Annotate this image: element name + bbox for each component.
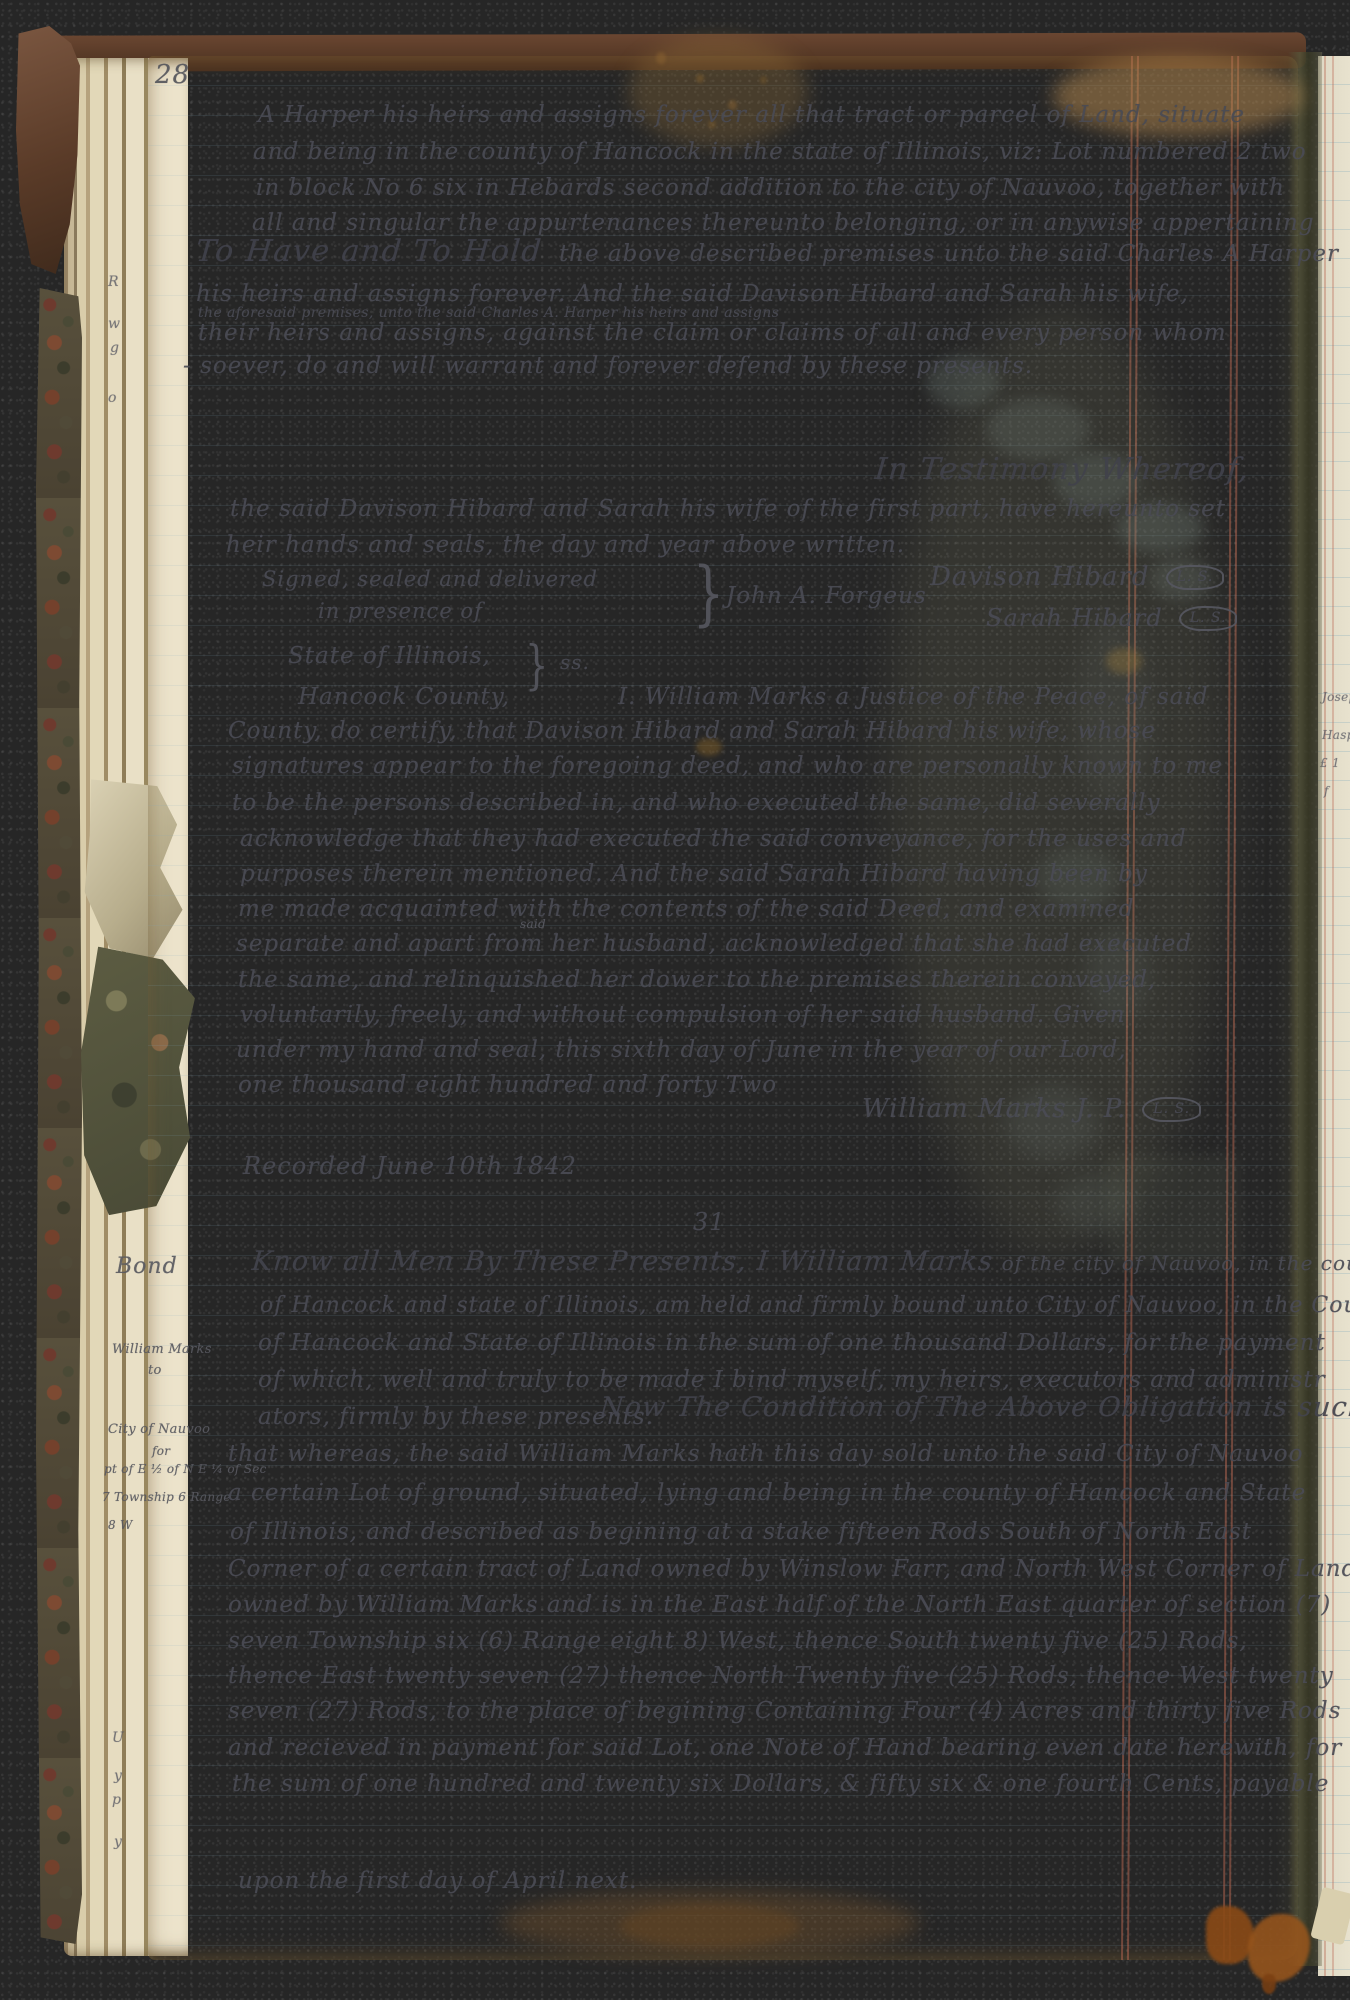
deed-line: heir hands and seals, the day and year a… xyxy=(226,532,905,558)
bond-condition-heading: Now The Condition of The Above Obligatio… xyxy=(599,1392,1350,1423)
certificate-line: me made acquainted with the contents of … xyxy=(238,896,1134,922)
seal-ls: L. S. xyxy=(1179,606,1238,631)
bond-opening-rest: of the city of Nauvoo, in the county xyxy=(1002,1251,1350,1275)
certificate-line: separate and apart from her husband, ack… xyxy=(236,931,1192,957)
margin-note: 7 Township 6 Range xyxy=(102,1490,231,1504)
certificate-line: the same, and relinquished her dower to … xyxy=(238,967,1156,993)
deed-line: in block No 6 six in Hebards second addi… xyxy=(256,175,1285,201)
gutter-fragment: w xyxy=(108,316,120,332)
bond-line: of Illinois, and described as begining a… xyxy=(230,1519,1252,1545)
attestation-brace: } xyxy=(693,552,725,634)
gutter-fragment: U xyxy=(112,1730,124,1746)
bond-line: thence East twenty seven (27) thence Nor… xyxy=(228,1663,1334,1689)
deed-line: all and singular the appurtenances there… xyxy=(252,210,1315,236)
testimony-heading: In Testimony Whereof, xyxy=(873,452,1251,487)
grantor-signature: Davison HibardL. S. xyxy=(930,562,1224,592)
deed-line: and being in the county of Hancock in th… xyxy=(253,139,1307,165)
interlined-correction: the aforesaid premises, unto the said Ch… xyxy=(198,305,779,321)
deed-line: - soever, do and will warrant and foreve… xyxy=(183,353,1033,379)
margin-note: City of Nauvoo xyxy=(108,1422,210,1437)
signature-name: Davison Hibard xyxy=(930,562,1150,592)
certificate-line: to be the persons described in, and who … xyxy=(232,790,1161,816)
margin-note: 8 W xyxy=(108,1518,133,1532)
venue-brace: } xyxy=(525,636,549,696)
certificate-line: I. William Marks a Justice of the Peace,… xyxy=(618,684,1209,710)
venue-county: Hancock County, xyxy=(298,684,510,710)
seal-ls: L. S. xyxy=(1142,1097,1201,1122)
bond-line: of Hancock and state of Illinois, am hel… xyxy=(260,1293,1350,1318)
certificate-line: acknowledge that they had executed the s… xyxy=(240,826,1187,852)
venue-state: State of Illinois, xyxy=(288,643,491,669)
witness-signature: John A. Forgeus xyxy=(726,583,927,609)
habendum-heading: To Have and To Hold xyxy=(194,234,543,269)
margin-note: William Marks xyxy=(112,1342,212,1357)
justice-signature: William Marks J. P.L. S. xyxy=(862,1094,1201,1124)
rust-stain xyxy=(1206,1906,1254,1964)
handwriting-layer: 28 R w g o U y p y A Harper his heirs an… xyxy=(0,0,1350,2000)
bond-line: a certain Lot of ground, situated, lying… xyxy=(228,1480,1306,1506)
entry-separator-number: 31 xyxy=(693,1208,726,1236)
deed-line: his heirs and assigns forever. And the s… xyxy=(196,281,1189,307)
bond-line: ators, firmly by these presents. xyxy=(258,1404,654,1430)
seal-ls: L. S. xyxy=(1166,565,1225,590)
deed-line: A Harper his heirs and assigns forever a… xyxy=(258,102,1245,128)
certificate-line: signatures appear to the foregoing deed,… xyxy=(232,753,1223,779)
grantor-signature: Sarah HibardL. S. xyxy=(986,604,1237,632)
gutter-fragment: o xyxy=(108,390,117,406)
book-scan: Josep Hasp £ 1 f xyxy=(0,0,1350,2000)
certificate-line: under my hand and seal, this sixth day o… xyxy=(236,1037,1127,1063)
bond-line: seven (27) Rods, to the place of beginin… xyxy=(228,1698,1341,1724)
bond-line: owned by William Marks and is in the Eas… xyxy=(228,1592,1331,1618)
gutter-fragment: g xyxy=(110,340,119,356)
bond-line: of Hancock and State of Illinois in the … xyxy=(258,1330,1326,1356)
certificate-line: County, do certify, that Davison Hibard … xyxy=(228,718,1156,744)
margin-label-bond: Bond xyxy=(116,1254,178,1279)
gutter-fragment: y xyxy=(114,1768,122,1784)
bond-line: that whereas, the said William Marks hat… xyxy=(228,1441,1303,1467)
page-number: 28 xyxy=(155,60,190,90)
rust-stain-drip xyxy=(1262,1974,1276,1994)
bond-line: seven Township six (6) Range eight 8) We… xyxy=(228,1628,1248,1654)
bond-opening-heading: Know all Men By These Presents, I Willia… xyxy=(251,1246,995,1277)
habendum-line: To Have and To Hold the above described … xyxy=(196,234,1339,269)
attestation-line: in presence of xyxy=(318,599,483,623)
attestation-line: Signed, sealed and delivered xyxy=(262,567,598,591)
gutter-fragment: R xyxy=(108,274,119,290)
signature-name: Sarah Hibard xyxy=(986,604,1163,632)
certificate-line: purposes therein mentioned. And the said… xyxy=(240,861,1148,887)
certificate-line: one thousand eight hundred and forty Two xyxy=(238,1072,777,1098)
venue-ss: ss. xyxy=(560,650,590,674)
gutter-fragment: y xyxy=(114,1834,122,1850)
deed-line: their heirs and assigns, against the cla… xyxy=(198,320,1227,346)
habendum-rest: the above described premises unto the sa… xyxy=(559,241,1339,267)
margin-note: for xyxy=(152,1444,170,1458)
bond-closing-line: upon the first day of April next. xyxy=(238,1868,637,1894)
bond-line: of which, well and truly to be made I bi… xyxy=(258,1367,1326,1393)
certificate-line: voluntarily, freely, and without compuls… xyxy=(240,1002,1126,1028)
bond-opening-line: Know all Men By These Presents, I Willia… xyxy=(252,1246,1350,1277)
gutter-fragment: p xyxy=(112,1792,121,1808)
bond-line: Corner of a certain tract of Land owned … xyxy=(228,1556,1350,1582)
bond-line: and recieved in payment for said Lot, on… xyxy=(228,1735,1342,1761)
margin-note: to xyxy=(148,1363,162,1378)
signature-name: William Marks J. P. xyxy=(862,1094,1126,1124)
recorded-note: Recorded June 10th 1842 xyxy=(243,1152,577,1180)
bond-line: the sum of one hundred and twenty six Do… xyxy=(232,1771,1329,1797)
interlined-word: said xyxy=(520,917,546,931)
deed-line: the said Davison Hibard and Sarah his wi… xyxy=(230,496,1226,522)
